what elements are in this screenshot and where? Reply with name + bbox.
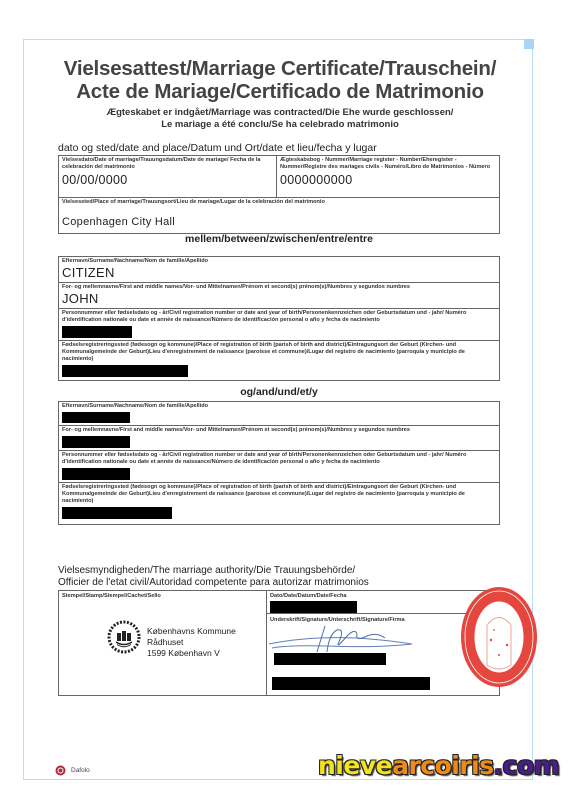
person1-first-names-value: JOHN	[62, 292, 496, 306]
person1-surname-value: CITIZEN	[62, 266, 496, 280]
person2-civil-reg-redacted	[62, 468, 130, 480]
site-watermark: nievearcoiris.com	[318, 751, 559, 780]
marriage-date-label: Vielsesdato/Date of marriage/Trauungsdat…	[62, 157, 273, 171]
page-corner-marker	[524, 39, 534, 49]
authority-heading-line1: Vielsesmyndigheden/The marriage authorit…	[58, 565, 369, 577]
stamp-label: Stempel/Stamp/Stempel/Cachet/Sello	[59, 591, 266, 602]
watermark-part3: .com	[494, 751, 560, 780]
person2-surname-cell: Efternavn/Surname/Nachname/Nom de famill…	[59, 402, 500, 426]
first-names-label: For- og mellemnavne/First and middle nam…	[62, 284, 496, 291]
person1-birth-place-redacted	[62, 365, 188, 377]
date-place-section-label: dato og sted/date and place/Datum und Or…	[58, 142, 377, 154]
dafolo-brand-text: Dafolo	[71, 767, 90, 774]
authority-heading-line2: Officier de l'etat civil/Autoridad compe…	[58, 577, 369, 589]
marriage-place-label: Vielsessted/Place of marriage/Trauungsor…	[62, 199, 496, 206]
person1-civil-reg-redacted	[62, 326, 132, 338]
between-label: mellem/between/zwischen/entre/entre	[58, 233, 500, 245]
person2-first-names-cell: For- og mellemnavne/First and middle nam…	[59, 426, 500, 451]
and-label: og/and/und/et/y	[58, 386, 500, 398]
signatory-name-redacted	[274, 653, 386, 665]
document-title-line2: Acte de Mariage/Certificado de Matrimoni…	[40, 80, 520, 103]
stamp-cell: Stempel/Stamp/Stempel/Cachet/Sello Køben…	[59, 591, 267, 695]
document-subtitle-line2: Le mariage a été conclu/Se ha celebrado …	[40, 119, 520, 131]
marriage-register-cell: Ægteskabsbog - Nummer/Marriage register …	[277, 156, 500, 198]
person1-table: Efternavn/Surname/Nachname/Nom de famill…	[58, 256, 500, 381]
civil-reg-label: Personnummer eller fødselsdato og - år/C…	[62, 310, 496, 324]
authority-date-redacted	[270, 601, 357, 613]
copenhagen-municipality-logo-icon	[107, 619, 141, 655]
authority-table: Stempel/Stamp/Stempel/Cachet/Sello Køben…	[58, 590, 500, 696]
signature-scribble-icon	[267, 624, 417, 654]
birth-place-label: Fødselsregistreringssted (fødesogn og ko…	[62, 484, 496, 505]
person1-first-names-cell: For- og mellemnavne/First and middle nam…	[59, 283, 500, 309]
birth-place-label: Fødselsregistreringssted (fødesogn og ko…	[62, 342, 496, 363]
marriage-register-value: 0000000000	[280, 173, 496, 187]
marriage-register-label: Ægteskabsbog - Nummer/Marriage register …	[280, 157, 496, 171]
marriage-date-cell: Vielsesdato/Date of marriage/Trauungsdat…	[59, 156, 277, 198]
person2-table: Efternavn/Surname/Nachname/Nom de famill…	[58, 401, 500, 525]
civil-reg-label: Personnummer eller fødselsdato og - år/C…	[62, 452, 496, 466]
stamp-line3: 1599 København V	[147, 648, 236, 659]
watermark-part2: arcoiris	[392, 751, 494, 780]
person1-surname-cell: Efternavn/Surname/Nachname/Nom de famill…	[59, 257, 500, 283]
marriage-details-table: Vielsesdato/Date of marriage/Trauungsdat…	[58, 155, 500, 234]
marriage-place-cell: Vielsessted/Place of marriage/Trauungsor…	[59, 198, 500, 234]
footer-brand: Dafolo	[55, 765, 90, 776]
person2-first-names-redacted	[62, 436, 130, 448]
person1-civil-reg-cell: Personnummer eller fødselsdato og - år/C…	[59, 309, 500, 341]
first-names-label: For- og mellemnavne/First and middle nam…	[62, 427, 496, 434]
marriage-place-value: Copenhagen City Hall	[62, 215, 496, 229]
watermark-part1: nieve	[318, 751, 392, 780]
document-title-line1: Vielsesattest/Marriage Certificate/Traus…	[40, 57, 520, 80]
document-subtitle-line1: Ægteskabet er indgået/Marriage was contr…	[40, 107, 520, 119]
person2-civil-reg-cell: Personnummer eller fødselsdato og - år/C…	[59, 451, 500, 483]
marriage-date-value: 00/00/0000	[62, 173, 273, 187]
signatory-title-redacted	[272, 677, 430, 690]
person2-birth-place-redacted	[62, 507, 172, 519]
stamp-line2: Rådhuset	[147, 637, 236, 648]
surname-label: Efternavn/Surname/Nachname/Nom de famill…	[62, 403, 496, 410]
marriage-authority-heading: Vielsesmyndigheden/The marriage authorit…	[58, 565, 369, 588]
surname-label: Efternavn/Surname/Nachname/Nom de famill…	[62, 258, 496, 265]
stamp-line1: Københavns Kommune	[147, 626, 236, 637]
stamp-address: Københavns Kommune Rådhuset 1599 Københa…	[147, 626, 236, 659]
dafolo-logo-icon	[55, 765, 66, 776]
person1-birth-place-cell: Fødselsregistreringssted (fødesogn og ko…	[59, 341, 500, 381]
person2-surname-redacted	[62, 412, 130, 423]
person2-birth-place-cell: Fødselsregistreringssted (fødesogn og ko…	[59, 483, 500, 525]
official-seal-icon	[459, 585, 539, 690]
signature-label: Underskrift/Signature/Unterschrift/Signa…	[270, 617, 405, 624]
